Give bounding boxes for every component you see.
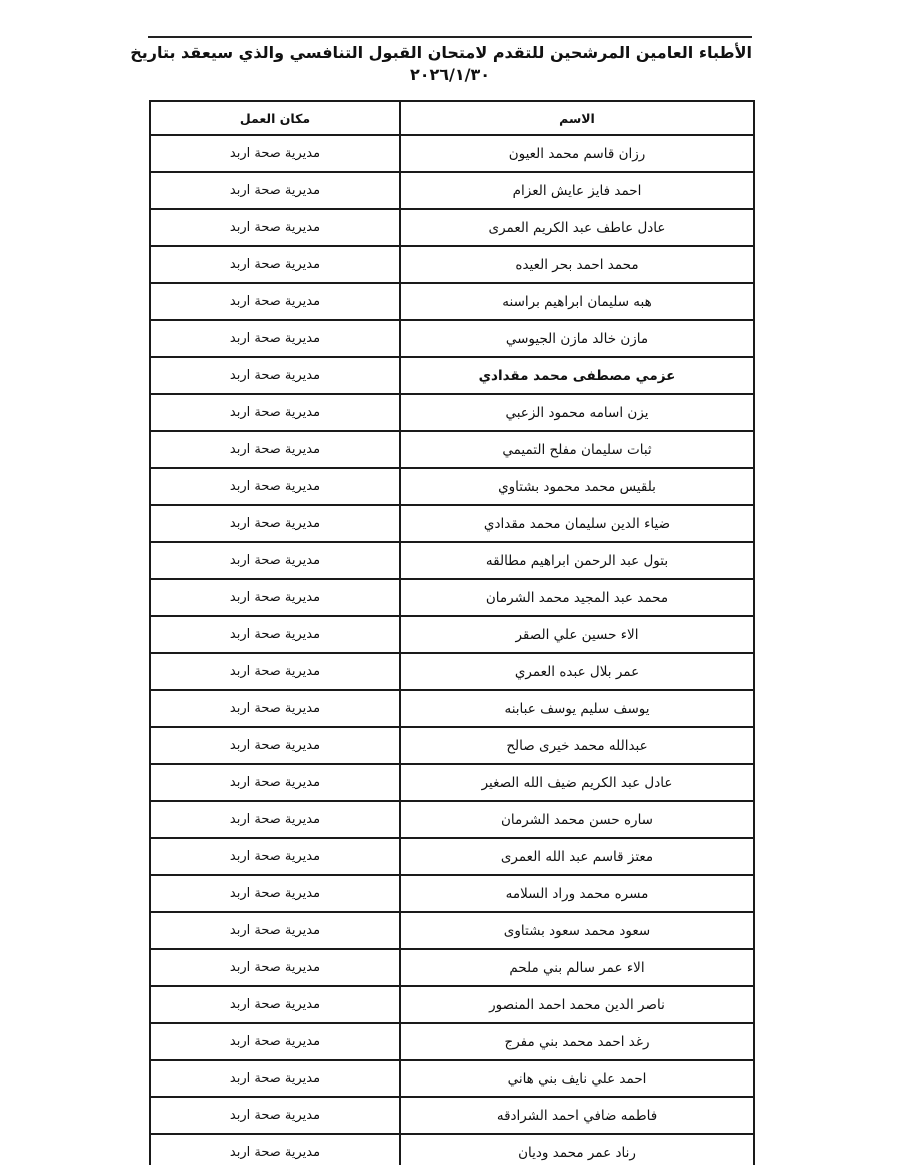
cell-name: ساره حسن محمد الشرمان	[400, 801, 754, 838]
cell-workplace: مديرية صحة اربد	[150, 542, 400, 579]
table-row: عادل عبد الكريم ضيف الله الصغيرمديرية صح…	[150, 764, 754, 801]
cell-workplace: مديرية صحة اربد	[150, 246, 400, 283]
title-line-1: الأطباء العامين المرشحين للتقدم لامتحان …	[148, 42, 752, 64]
cell-workplace: مديرية صحة اربد	[150, 1023, 400, 1060]
cell-workplace: مديرية صحة اربد	[150, 431, 400, 468]
table-row: عادل عاطف عبد الكريم العمرىمديرية صحة ار…	[150, 209, 754, 246]
table-row: عبدالله محمد خيرى صالحمديرية صحة اربد	[150, 727, 754, 764]
cell-name: احمد فايز عايش العزام	[400, 172, 754, 209]
table-row: رزان قاسم محمد العيونمديرية صحة اربد	[150, 135, 754, 172]
cell-workplace: مديرية صحة اربد	[150, 172, 400, 209]
cell-name: سعود محمد سعود بشتاوى	[400, 912, 754, 949]
table-row: عزمي مصطفى محمد مقداديمديرية صحة اربد	[150, 357, 754, 394]
table-row: محمد احمد بحر العيدهمديرية صحة اربد	[150, 246, 754, 283]
cell-name: فاطمه ضافي احمد الشرادقه	[400, 1097, 754, 1134]
cell-workplace: مديرية صحة اربد	[150, 320, 400, 357]
cell-workplace: مديرية صحة اربد	[150, 579, 400, 616]
cell-workplace: مديرية صحة اربد	[150, 912, 400, 949]
cell-name: مازن خالد مازن الجيوسي	[400, 320, 754, 357]
cell-workplace: مديرية صحة اربد	[150, 505, 400, 542]
cell-workplace: مديرية صحة اربد	[150, 283, 400, 320]
cell-name: عبدالله محمد خيرى صالح	[400, 727, 754, 764]
cell-name: هبه سليمان ابراهيم براسنه	[400, 283, 754, 320]
cell-workplace: مديرية صحة اربد	[150, 1060, 400, 1097]
cell-name: عزمي مصطفى محمد مقدادي	[400, 357, 754, 394]
cell-workplace: مديرية صحة اربد	[150, 875, 400, 912]
cell-name: ثبات سليمان مفلح التميمي	[400, 431, 754, 468]
header-name: الاسم	[400, 101, 754, 135]
table-row: سعود محمد سعود بشتاوىمديرية صحة اربد	[150, 912, 754, 949]
table-row: عمر بلال عبده العمريمديرية صحة اربد	[150, 653, 754, 690]
cell-workplace: مديرية صحة اربد	[150, 394, 400, 431]
cell-name: عادل عاطف عبد الكريم العمرى	[400, 209, 754, 246]
cell-name: معتز قاسم عبد الله العمرى	[400, 838, 754, 875]
cell-name: ضياء الدين سليمان محمد مقدادي	[400, 505, 754, 542]
cell-workplace: مديرية صحة اربد	[150, 468, 400, 505]
cell-name: احمد علي نايف بني هاني	[400, 1060, 754, 1097]
table-row: مسره محمد وراد السلامهمديرية صحة اربد	[150, 875, 754, 912]
document-title: الأطباء العامين المرشحين للتقدم لامتحان …	[148, 42, 752, 86]
top-divider-line	[148, 36, 752, 38]
cell-workplace: مديرية صحة اربد	[150, 727, 400, 764]
cell-workplace: مديرية صحة اربد	[150, 209, 400, 246]
cell-name: بتول عبد الرحمن ابراهيم مطالقه	[400, 542, 754, 579]
table-row: الاء عمر سالم بني ملحممديرية صحة اربد	[150, 949, 754, 986]
table-row: ضياء الدين سليمان محمد مقداديمديرية صحة …	[150, 505, 754, 542]
table-row: يزن اسامه محمود الزعبيمديرية صحة اربد	[150, 394, 754, 431]
cell-name: مسره محمد وراد السلامه	[400, 875, 754, 912]
table-body: رزان قاسم محمد العيونمديرية صحة اربداحمد…	[150, 135, 754, 1165]
cell-name: بلقيس محمد محمود بشتاوي	[400, 468, 754, 505]
table-row: مازن خالد مازن الجيوسيمديرية صحة اربد	[150, 320, 754, 357]
cell-name: محمد احمد بحر العيده	[400, 246, 754, 283]
table-row: فاطمه ضافي احمد الشرادقهمديرية صحة اربد	[150, 1097, 754, 1134]
table-row: يوسف سليم يوسف عبابنهمديرية صحة اربد	[150, 690, 754, 727]
table-row: محمد عبد المجيد محمد الشرمانمديرية صحة ا…	[150, 579, 754, 616]
table-row: هبه سليمان ابراهيم براسنهمديرية صحة اربد	[150, 283, 754, 320]
cell-workplace: مديرية صحة اربد	[150, 986, 400, 1023]
cell-name: يزن اسامه محمود الزعبي	[400, 394, 754, 431]
table-row: احمد فايز عايش العزاممديرية صحة اربد	[150, 172, 754, 209]
cell-name: الاء حسين علي الصقر	[400, 616, 754, 653]
table-header-row: الاسم مكان العمل	[150, 101, 754, 135]
title-date: ٢٠٢٦/١/٣٠	[148, 64, 752, 86]
cell-workplace: مديرية صحة اربد	[150, 764, 400, 801]
table-row: ناصر الدين محمد احمد المنصورمديرية صحة ا…	[150, 986, 754, 1023]
cell-name: عمر بلال عبده العمري	[400, 653, 754, 690]
cell-name: يوسف سليم يوسف عبابنه	[400, 690, 754, 727]
cell-name: رناد عمر محمد وديان	[400, 1134, 754, 1165]
cell-name: عادل عبد الكريم ضيف الله الصغير	[400, 764, 754, 801]
table-row: ساره حسن محمد الشرمانمديرية صحة اربد	[150, 801, 754, 838]
table-row: ثبات سليمان مفلح التميميمديرية صحة اربد	[150, 431, 754, 468]
header-workplace: مكان العمل	[150, 101, 400, 135]
cell-workplace: مديرية صحة اربد	[150, 690, 400, 727]
cell-workplace: مديرية صحة اربد	[150, 949, 400, 986]
cell-workplace: مديرية صحة اربد	[150, 357, 400, 394]
cell-name: رغد احمد محمد بني مفرج	[400, 1023, 754, 1060]
cell-name: ناصر الدين محمد احمد المنصور	[400, 986, 754, 1023]
table-row: احمد علي نايف بني هانيمديرية صحة اربد	[150, 1060, 754, 1097]
table-row: بلقيس محمد محمود بشتاويمديرية صحة اربد	[150, 468, 754, 505]
table-row: بتول عبد الرحمن ابراهيم مطالقهمديرية صحة…	[150, 542, 754, 579]
cell-workplace: مديرية صحة اربد	[150, 1134, 400, 1165]
cell-name: الاء عمر سالم بني ملحم	[400, 949, 754, 986]
cell-name: رزان قاسم محمد العيون	[400, 135, 754, 172]
table-row: رغد احمد محمد بني مفرجمديرية صحة اربد	[150, 1023, 754, 1060]
cell-workplace: مديرية صحة اربد	[150, 838, 400, 875]
cell-workplace: مديرية صحة اربد	[150, 653, 400, 690]
candidates-table: الاسم مكان العمل رزان قاسم محمد العيونمد…	[149, 100, 755, 1165]
cell-workplace: مديرية صحة اربد	[150, 135, 400, 172]
cell-workplace: مديرية صحة اربد	[150, 1097, 400, 1134]
cell-workplace: مديرية صحة اربد	[150, 801, 400, 838]
table-row: رناد عمر محمد وديانمديرية صحة اربد	[150, 1134, 754, 1165]
table-row: معتز قاسم عبد الله العمرىمديرية صحة اربد	[150, 838, 754, 875]
cell-name: محمد عبد المجيد محمد الشرمان	[400, 579, 754, 616]
cell-workplace: مديرية صحة اربد	[150, 616, 400, 653]
table-row: الاء حسين علي الصقرمديرية صحة اربد	[150, 616, 754, 653]
